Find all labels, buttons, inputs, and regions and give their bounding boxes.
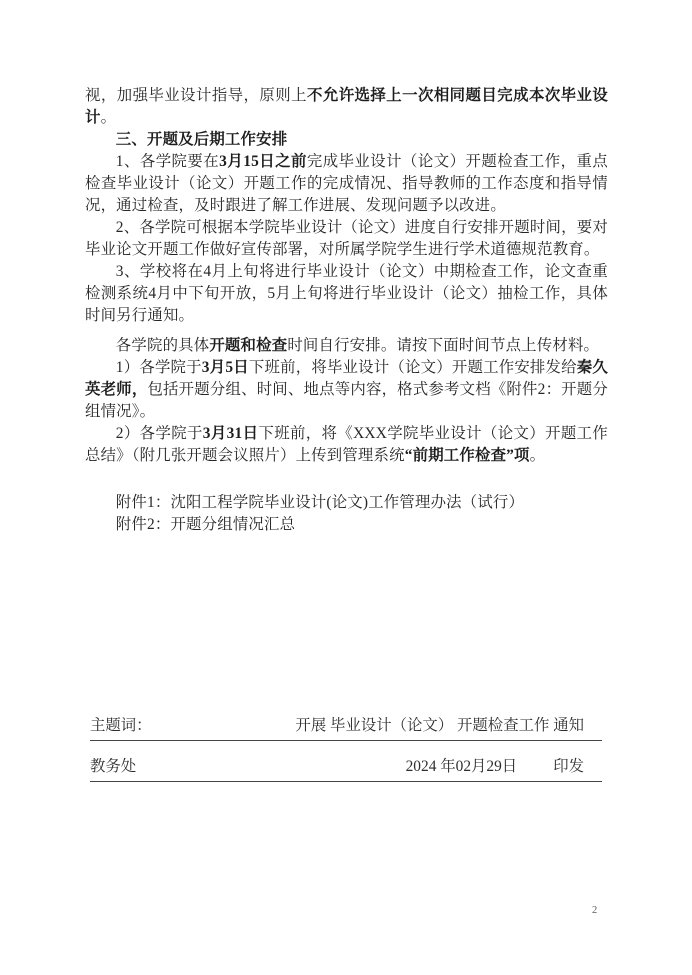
document-page: 视，加强毕业设计指导，原则上不允许选择上一次相同题目完成本次毕业设计。三、开题及… [0,0,692,975]
list-item-3: 3、学校将在4月上旬将进行毕业设计（论文）中期检查工作，论文查重检测系统4月中下… [85,261,608,327]
emphasis-text: 3月15日之前 [219,153,307,170]
page-number: 2 [592,905,597,916]
subject-value: 开展 毕业设计（论文） 开题检查工作 通知 [295,714,584,738]
list-item-1: 1、各学院要在3月15日之前完成毕业设计（论文）开题检查工作，重点检查毕业设计（… [85,151,608,217]
body-text: 时间自行安排。请按下面时间节点上传材料。 [287,337,599,354]
emphasis-text: 3月31日 [203,425,259,442]
issuer-name: 教务处 [90,755,136,779]
emphasis-text: 开题和检查 [209,337,287,354]
document-footer: 主题词： 开展 毕业设计（论文） 开题检查工作 通知 教务处 2024 年02月… [90,714,602,782]
body-text: 1）各学院于 [116,359,202,376]
body-text: 附件1：沈阳工程学院毕业设计(论文)工作管理办法（试行） [116,494,524,511]
paragraph-continuation: 视，加强毕业设计指导，原则上不允许选择上一次相同题目完成本次毕业设计。 [85,85,608,129]
body-text: 视，加强毕业设计指导，原则上 [85,87,307,104]
sub-item-1: 1）各学院于3月5日下班前，将毕业设计（论文）开题工作安排发给秦久英老师，包括开… [85,357,608,423]
body-text: 1、各学院要在 [116,153,219,170]
body-text: 包括开题分组、时间、地点等内容，格式参考文档《附件2：开题分组情况》。 [85,381,608,420]
emphasis-text: “前期工作检查”项 [405,447,530,464]
body-text: 各学院的具体 [116,337,210,354]
paragraph-schedule-intro: 各学院的具体开题和检查时间自行安排。请按下面时间节点上传材料。 [85,335,608,357]
body-text: 3、学校将在4月上旬将进行毕业设计（论文）中期检查工作，论文查重检测系统4月中下… [85,263,608,324]
body-text: 。 [530,447,546,464]
attachment-1: 附件1：沈阳工程学院毕业设计(论文)工作管理办法（试行） [85,492,608,514]
body-text: 2）各学院于 [116,425,203,442]
subject-label: 主题词： [90,714,152,738]
body-text: 2、各学院可根据本学院毕业设计（论文）进度自行安排开题时间，要对毕业论文开题工作… [85,219,608,258]
body-text: 。 [101,109,117,126]
emphasis-text: 3月5日 [202,359,249,376]
section-heading-3: 三、开题及后期工作安排 [85,129,608,151]
list-item-2: 2、各学院可根据本学院毕业设计（论文）进度自行安排开题时间，要对毕业论文开题工作… [85,217,608,261]
body-text: 下班前，将毕业设计（论文）开题工作安排发给 [249,359,577,376]
attachment-2: 附件2：开题分组情况汇总 [85,514,608,536]
print-date: 2024 年02月29日 [406,755,518,779]
sub-item-2: 2）各学院于3月31日下班前，将《XXX学院毕业设计（论文）开题工作总结》（附几… [85,423,608,467]
issuer-row: 教务处 2024 年02月29日 印发 [90,755,602,782]
subject-row: 主题词： 开展 毕业设计（论文） 开题检查工作 通知 [90,714,602,741]
print-label: 印发 [553,755,584,779]
body-text: 附件2：开题分组情况汇总 [116,516,295,533]
document-body: 视，加强毕业设计指导，原则上不允许选择上一次相同题目完成本次毕业设计。三、开题及… [85,85,608,536]
emphasis-text: 三、开题及后期工作安排 [116,131,288,148]
